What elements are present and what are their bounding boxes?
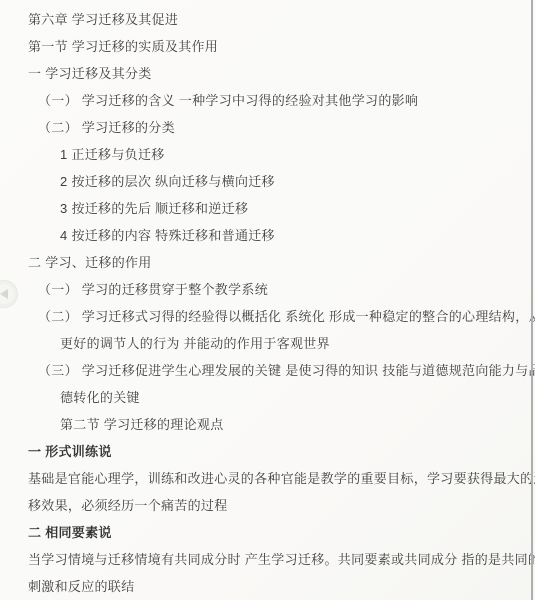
document-line: 移效果，必须经历一个痛苦的过程	[0, 492, 535, 519]
document-line: 基础是官能心理学，训练和改进心灵的各种官能是教学的重要目标，学习要获得最大的迁	[0, 465, 535, 492]
document-page: 第六章 学习迁移及其促进第一节 学习迁移的实质及其作用一 学习迁移及其分类（一）…	[0, 0, 535, 600]
back-icon	[0, 289, 8, 299]
document-line: 第六章 学习迁移及其促进	[0, 6, 535, 33]
document-line: （一） 学习的迁移贯穿于整个教学系统	[0, 276, 535, 303]
document-line: 二 相同要素说	[0, 519, 535, 546]
document-line: 2 按迁移的层次 纵向迁移与横向迁移	[0, 168, 535, 195]
document-line: 第一节 学习迁移的实质及其作用	[0, 33, 535, 60]
document-line: 二 学习、迁移的作用	[0, 249, 535, 276]
document-line: 当学习情境与迁移情境有共同成分时 产生学习迁移。共同要素或共同成分 指的是共同的	[0, 546, 535, 573]
document-line: 3 按迁移的先后 顺迁移和逆迁移	[0, 195, 535, 222]
document-line: （二） 学习迁移式习得的经验得以概括化 系统化 形成一种稳定的整合的心理结构，从…	[0, 303, 535, 330]
document-line: 一 形式训练说	[0, 438, 535, 465]
document-line: 更好的调节人的行为 并能动的作用于客观世界	[0, 330, 535, 357]
document-body: 第六章 学习迁移及其促进第一节 学习迁移的实质及其作用一 学习迁移及其分类（一）…	[0, 6, 535, 600]
document-line: 1 正迁移与负迁移	[0, 141, 535, 168]
document-line: （二） 学习迁移的分类	[0, 114, 535, 141]
document-line: 第二节 学习迁移的理论观点	[0, 411, 535, 438]
document-line: （一） 学习迁移的含义 一种学习中习得的经验对其他学习的影响	[0, 87, 535, 114]
page-edge-divider	[531, 0, 533, 600]
document-line: 4 按迁移的内容 特殊迁移和普通迁移	[0, 222, 535, 249]
document-line: 德转化的关键	[0, 384, 535, 411]
document-line: 一 学习迁移及其分类	[0, 60, 535, 87]
document-line: （三） 学习迁移促进学生心理发展的关键 是使习得的知识 技能与道德规范向能力与品	[0, 357, 535, 384]
document-line: 刺激和反应的联结	[0, 573, 535, 600]
